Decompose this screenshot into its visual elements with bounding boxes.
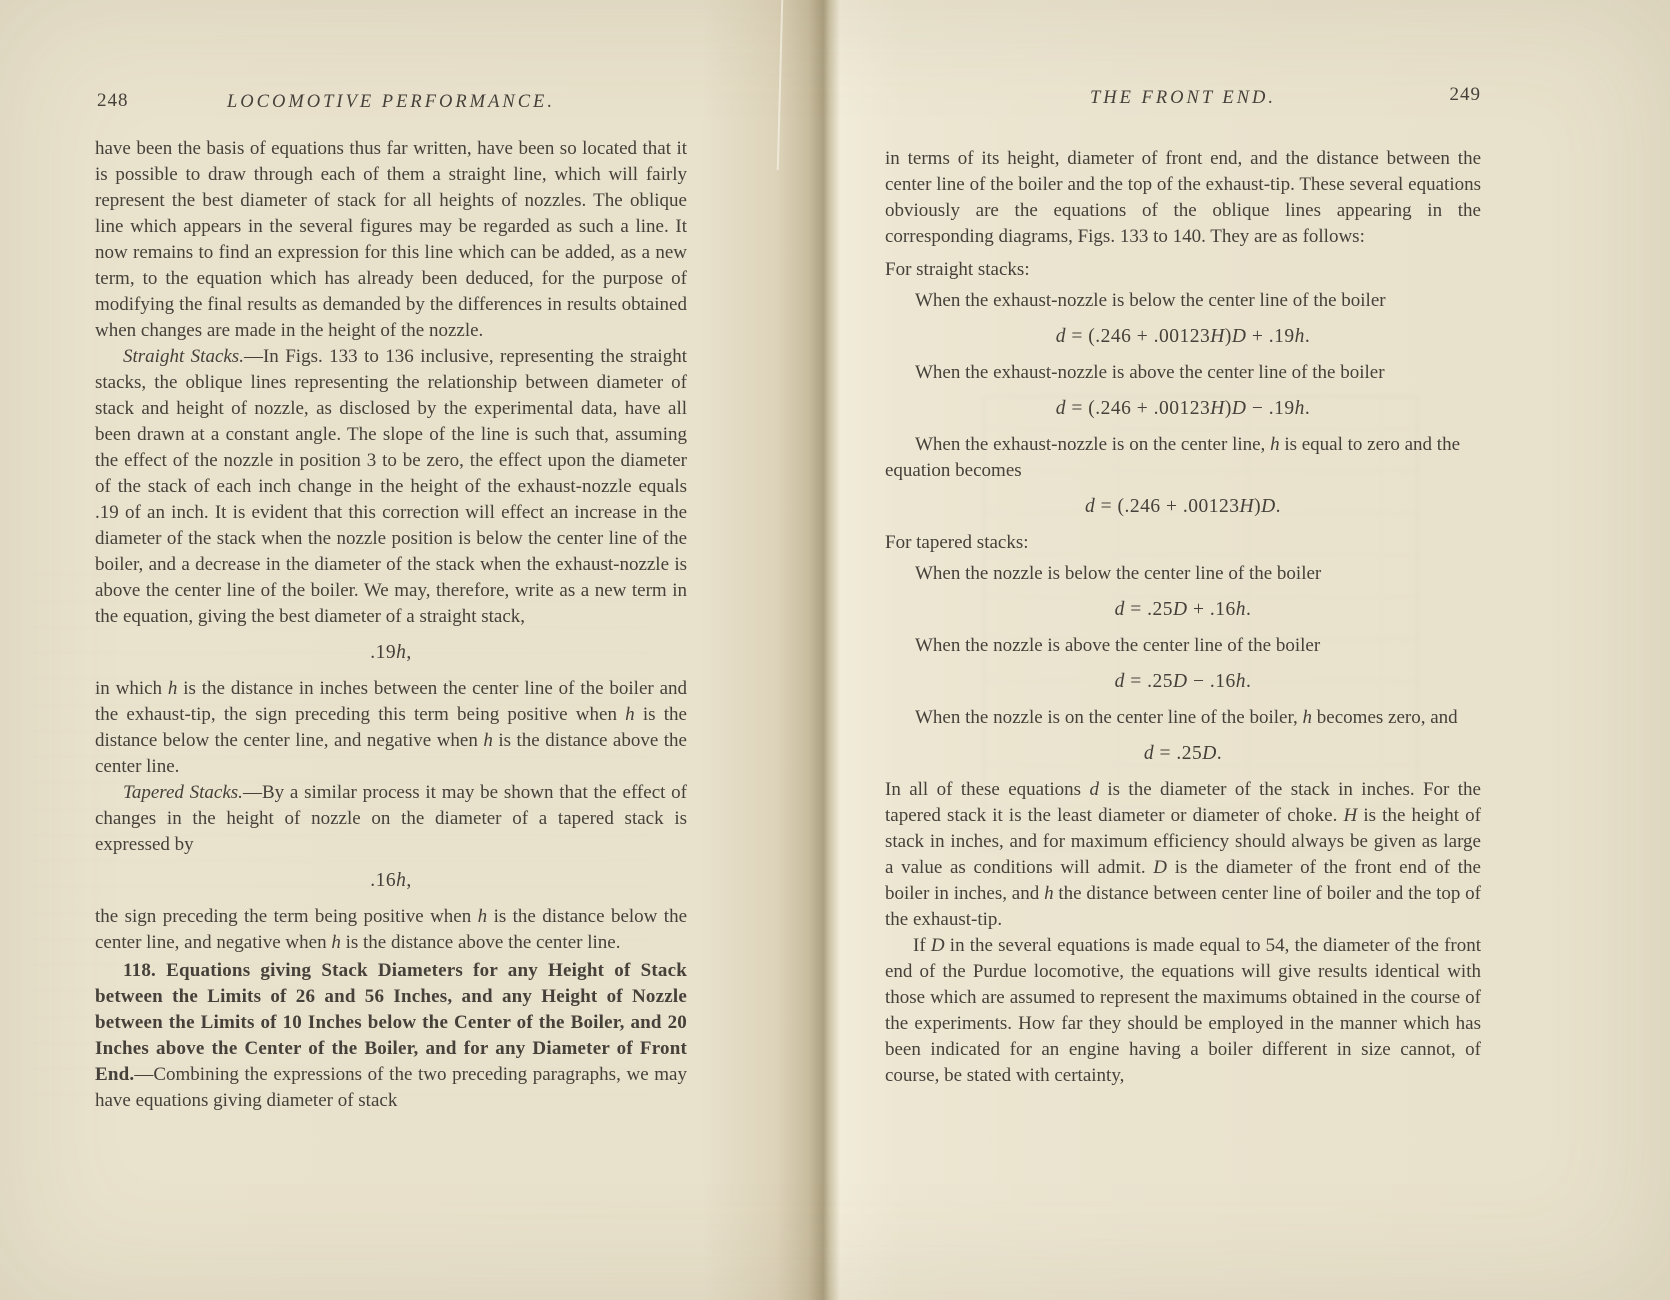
equation-16h: .16h, [95,869,687,893]
paragraph-h-definition: in which h is the distance in inches bet… [95,676,687,780]
condition-tapered-below: When the nozzle is below the center line… [885,561,1481,587]
condition-nozzle-above: When the exhaust-nozzle is above the cen… [885,360,1481,386]
equation-tapered-below: d = .25D + .16h. [885,598,1481,622]
running-title-left: LOCOMOTIVE PERFORMANCE. [95,92,687,113]
book-spread: 248 LOCOMOTIVE PERFORMANCE. have been th… [0,0,1670,1300]
condition-tapered-centerline: When the nozzle is on the center line of… [885,705,1481,731]
condition-nozzle-on-centerline: When the exhaust-nozzle is on the center… [885,432,1481,484]
equation-19h: .19h, [95,641,687,665]
paragraph-tapered-stacks: Tapered Stacks.—By a similar process it … [95,780,687,858]
equation-tapered-centerline: d = .25D. [885,742,1481,766]
paragraph-sign-rule: the sign preceding the term being positi… [95,904,687,956]
right-page: THE FRONT END. 249 in terms of its heigh… [788,0,1670,1300]
equation-straight-above: d = (.246 + .00123H)D − .19h. [885,397,1481,421]
condition-nozzle-below: When the exhaust-nozzle is below the cen… [885,288,1481,314]
paragraph-intro: have been the basis of equations thus fa… [95,136,687,344]
section-118-continuation: —Combining the expressions of the two pr… [95,1064,687,1111]
left-page: 248 LOCOMOTIVE PERFORMANCE. have been th… [0,0,788,1300]
section-118-heading: 118. Equations giving Stack Diameters fo… [95,958,687,1114]
equation-tapered-above: d = .25D − .16h. [885,670,1481,694]
paragraph-purdue: If D in the several equations is made eq… [885,933,1481,1089]
right-text-column: in terms of its height, diameter of fron… [885,146,1481,1089]
straight-stacks-label: For straight stacks: [885,257,1481,283]
paragraph-straight-stacks: Straight Stacks.—In Figs. 133 to 136 inc… [95,344,687,630]
left-text-column: have been the basis of equations thus fa… [95,136,687,1114]
condition-tapered-above: When the nozzle is above the center line… [885,633,1481,659]
paragraph-continuation: in terms of its height, diameter of fron… [885,146,1481,250]
tapered-stacks-label: For tapered stacks: [885,530,1481,556]
equation-straight-centerline: d = (.246 + .00123H)D. [885,495,1481,519]
page-number-right: 249 [885,84,1481,106]
equation-straight-below: d = (.246 + .00123H)D + .19h. [885,325,1481,349]
paragraph-variable-definitions: In all of these equations d is the diame… [885,777,1481,933]
